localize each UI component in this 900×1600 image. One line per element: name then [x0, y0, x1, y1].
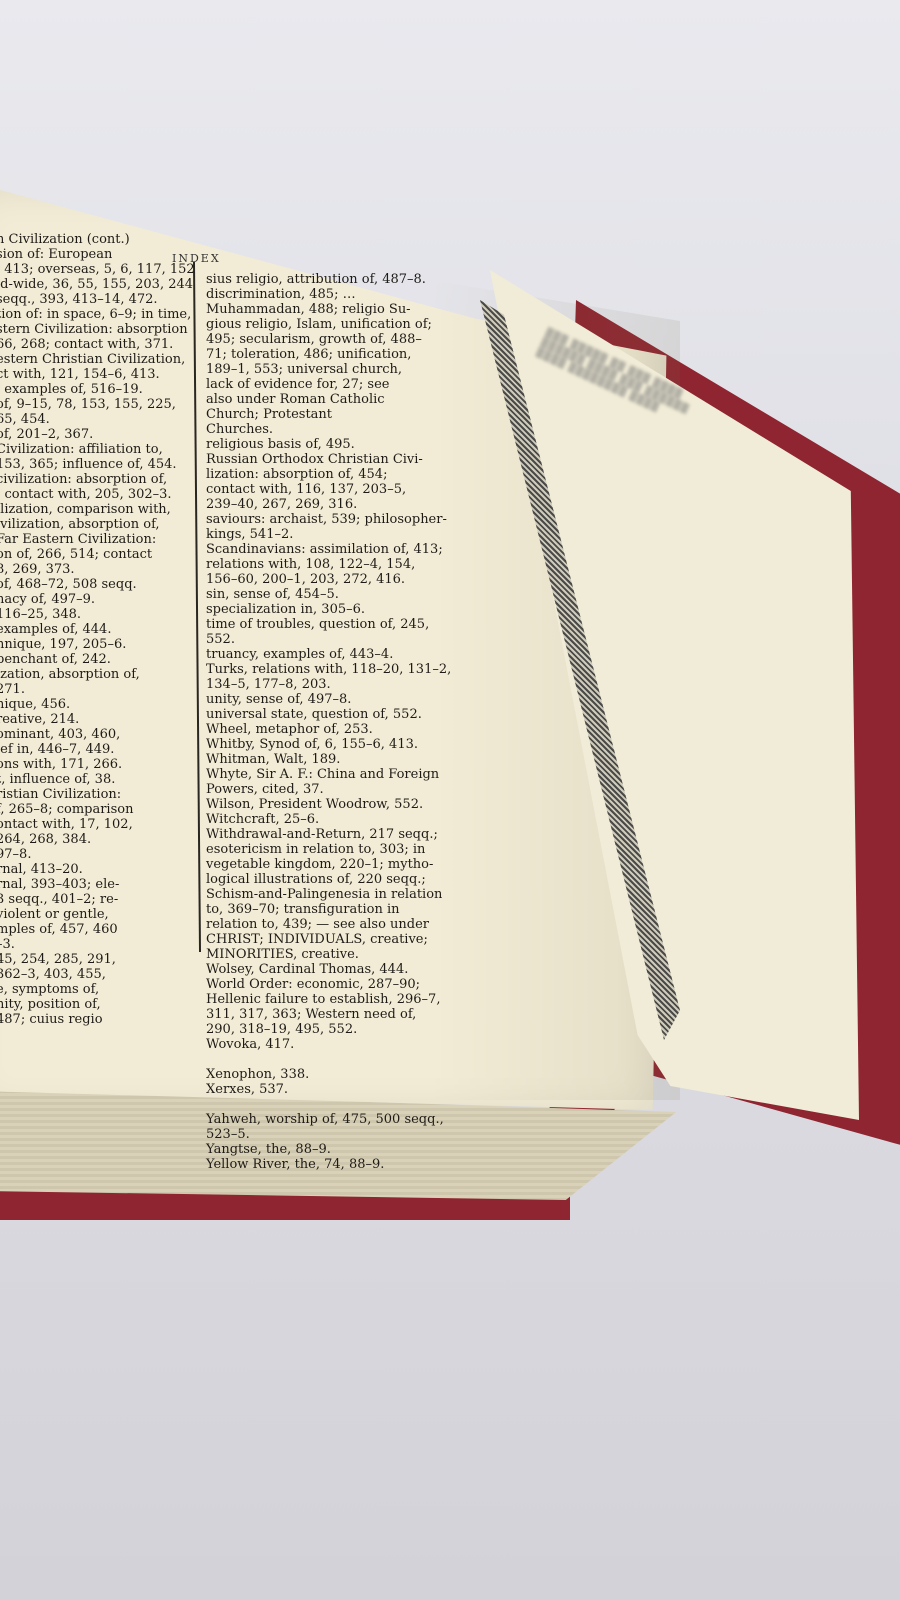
index-entry: 271. [0, 682, 186, 697]
index-entry: nity, position of, [0, 997, 186, 1012]
index-column-left: n Civilization (cont.)sion of: European,… [0, 232, 186, 1027]
index-entry: Witchcraft, 25–6. [206, 812, 546, 827]
index-entry: of, 201–2, 367. [0, 427, 186, 442]
index-entry: lization: absorption of, 454; [206, 467, 546, 482]
index-entry: 189–1, 553; universal church, [206, 362, 546, 377]
index-entry: of, 9–15, 78, 153, 155, 225, [0, 397, 186, 412]
index-entry: lack of evidence for, 27; see [206, 377, 546, 392]
index-entry: e, symptoms of, [0, 982, 186, 997]
index-entry: 290, 318–19, 495, 552. [206, 1022, 546, 1037]
index-entry: Churches. [206, 422, 546, 437]
index-entry: 8, 269, 373. [0, 562, 186, 577]
index-entry: saviours: archaist, 539; philosopher- [206, 512, 546, 527]
index-entry: gious religio, Islam, unification of; [206, 317, 546, 332]
index-entry: examples of, 444. [0, 622, 186, 637]
index-entry: relations with, 108, 122–4, 154, [206, 557, 546, 572]
index-entry: logical illustrations of, 220 seqq.; [206, 872, 546, 887]
index-entry: Schism-and-Palingenesia in relation [206, 887, 546, 902]
index-entry: Yellow River, the, 74, 88–9. [206, 1157, 546, 1172]
index-entry: Wovoka, 417. [206, 1037, 546, 1052]
index-entry: Church; Protestant [206, 407, 546, 422]
index-entry: Yahweh, worship of, 475, 500 seqq., [206, 1112, 546, 1127]
index-entry: 311, 317, 363; Western need of, [206, 1007, 546, 1022]
index-entry: Scandinavians: assimilation of, 413; [206, 542, 546, 557]
index-entry: discrimination, 485; … [206, 287, 546, 302]
index-entry: Far Eastern Civilization: [0, 532, 186, 547]
index-entry: 487; cuius regio [0, 1012, 186, 1027]
index-entry: Whitman, Walt, 189. [206, 752, 546, 767]
index-entry: Whyte, Sir A. F.: China and Foreign [206, 767, 546, 782]
index-entry: 264, 268, 384. [0, 832, 186, 847]
index-entry: ld-wide, 36, 55, 155, 203, 244 [0, 277, 186, 292]
index-entry: Withdrawal-and-Return, 217 seqq.; [206, 827, 546, 842]
index-entry: Yangtse, the, 88–9. [206, 1142, 546, 1157]
index-entry: 97–8. [0, 847, 186, 862]
index-entry: 66, 268; contact with, 371. [0, 337, 186, 352]
index-entry: 523–5. [206, 1127, 546, 1142]
index-entry: 116–25, 348. [0, 607, 186, 622]
index-entry: unity, sense of, 497–8. [206, 692, 546, 707]
index-entry: specialization in, 305–6. [206, 602, 546, 617]
index-entry: , 413; overseas, 5, 6, 117, 152 [0, 262, 186, 277]
index-entry: religious basis of, 495. [206, 437, 546, 452]
index-entry: civilization: absorption of, [0, 472, 186, 487]
index-entry: 156–60, 200–1, 203, 272, 416. [206, 572, 546, 587]
index-entry: 362–3, 403, 455, [0, 967, 186, 982]
index-entry: Turks, relations with, 118–20, 131–2, [206, 662, 546, 677]
index-entry: ization, absorption of, [0, 667, 186, 682]
index-entry: n Civilization (cont.) [0, 232, 186, 247]
index-entry: Civilization: affiliation to, [0, 442, 186, 457]
index-entry: ominant, 403, 460, [0, 727, 186, 742]
index-entry: penchant of, 242. [0, 652, 186, 667]
index-entry: ct with, 121, 154–6, 413. [0, 367, 186, 382]
index-entry: estern Christian Civilization, [0, 352, 186, 367]
index-entry: , examples of, 516–19. [0, 382, 186, 397]
index-entry: hnique, 197, 205–6. [0, 637, 186, 652]
index-entry: Wheel, metaphor of, 253. [206, 722, 546, 737]
index-entry: also under Roman Catholic [206, 392, 546, 407]
index-entry: Xenophon, 338. [206, 1067, 546, 1082]
index-column-right: sius religio, attribution of, 487–8.disc… [206, 272, 546, 1172]
index-entry: World Order: economic, 287–90; [206, 977, 546, 992]
index-entry: ristian Civilization: [0, 787, 186, 802]
index-entry: nique, 456. [0, 697, 186, 712]
index-entry: Wolsey, Cardinal Thomas, 444. [206, 962, 546, 977]
index-entry: 495; secularism, growth of, 488– [206, 332, 546, 347]
index-entry: contact with, 116, 137, 203–5, [206, 482, 546, 497]
index-entry: Hellenic failure to establish, 296–7, [206, 992, 546, 1007]
index-entry: ief in, 446–7, 449. [0, 742, 186, 757]
index-entry: rnal, 393–403; ele- [0, 877, 186, 892]
index-entry: reative, 214. [0, 712, 186, 727]
index-entry: Wilson, President Woodrow, 552. [206, 797, 546, 812]
index-entry: Muhammadan, 488; religio Su- [206, 302, 546, 317]
index-entry: mples of, 457, 460 [0, 922, 186, 937]
index-entry: CHRIST; INDIVIDUALS, creative; [206, 932, 546, 947]
index-entry: ivilization, absorption of, [0, 517, 186, 532]
index-entry: MINORITIES, creative. [206, 947, 546, 962]
index-entry: Whitby, Synod of, 6, 155–6, 413. [206, 737, 546, 752]
index-entry: Xerxes, 537. [206, 1082, 546, 1097]
index-entry: universal state, question of, 552. [206, 707, 546, 722]
index-entry: sion of: European [0, 247, 186, 262]
photo-scene: ▒▒▒ ▒▒▒▒▒ ▒▒ ▒▒▒ ▒▒▒▒▒▒▒▒▒▒ ▒▒▒▒ ▒▒▒ ▒▒▒… [0, 0, 900, 1600]
index-entry: to, 369–70; transfiguration in [206, 902, 546, 917]
index-entry: stern Civilization: absorption [0, 322, 186, 337]
index-entry: kings, 541–2. [206, 527, 546, 542]
index-entry: rnal, 413–20. [0, 862, 186, 877]
index-entry [206, 1097, 546, 1112]
index-entry: t, influence of, 38. [0, 772, 186, 787]
index-entry: Powers, cited, 37. [206, 782, 546, 797]
index-entry: ons with, 171, 266. [0, 757, 186, 772]
index-entry: of, 468–72, 508 seqq. [0, 577, 186, 592]
index-entry: sin, sense of, 454–5. [206, 587, 546, 602]
index-entry [206, 1052, 546, 1067]
index-entry: sius religio, attribution of, 487–8. [206, 272, 546, 287]
index-entry: –3. [0, 937, 186, 952]
index-entry: 71; toleration, 486; unification, [206, 347, 546, 362]
index-entry: tion of: in space, 6–9; in time, [0, 307, 186, 322]
index-entry: ontact with, 17, 102, [0, 817, 186, 832]
index-entry: ; contact with, 205, 302–3. [0, 487, 186, 502]
index-entry: seqq., 393, 413–14, 472. [0, 292, 186, 307]
index-entry: time of troubles, question of, 245, [206, 617, 546, 632]
index-entry: ilization, comparison with, [0, 502, 186, 517]
index-entry: nacy of, 497–9. [0, 592, 186, 607]
index-entry: vegetable kingdom, 220–1; mytho- [206, 857, 546, 872]
index-entry: 45, 254, 285, 291, [0, 952, 186, 967]
index-entry: truancy, examples of, 443–4. [206, 647, 546, 662]
index-entry: relation to, 439; — see also under [206, 917, 546, 932]
index-entry: on of, 266, 514; contact [0, 547, 186, 562]
index-entry: Russian Orthodox Christian Civi- [206, 452, 546, 467]
index-entry: 153, 365; influence of, 454. [0, 457, 186, 472]
index-entry: 3 seqq., 401–2; re- [0, 892, 186, 907]
index-entry: 552. [206, 632, 546, 647]
index-entry: 239–40, 267, 269, 316. [206, 497, 546, 512]
index-entry: 134–5, 177–8, 203. [206, 677, 546, 692]
index-entry: f, 265–8; comparison [0, 802, 186, 817]
index-entry: esotericism in relation to, 303; in [206, 842, 546, 857]
index-entry: violent or gentle, [0, 907, 186, 922]
index-entry: 65, 454. [0, 412, 186, 427]
